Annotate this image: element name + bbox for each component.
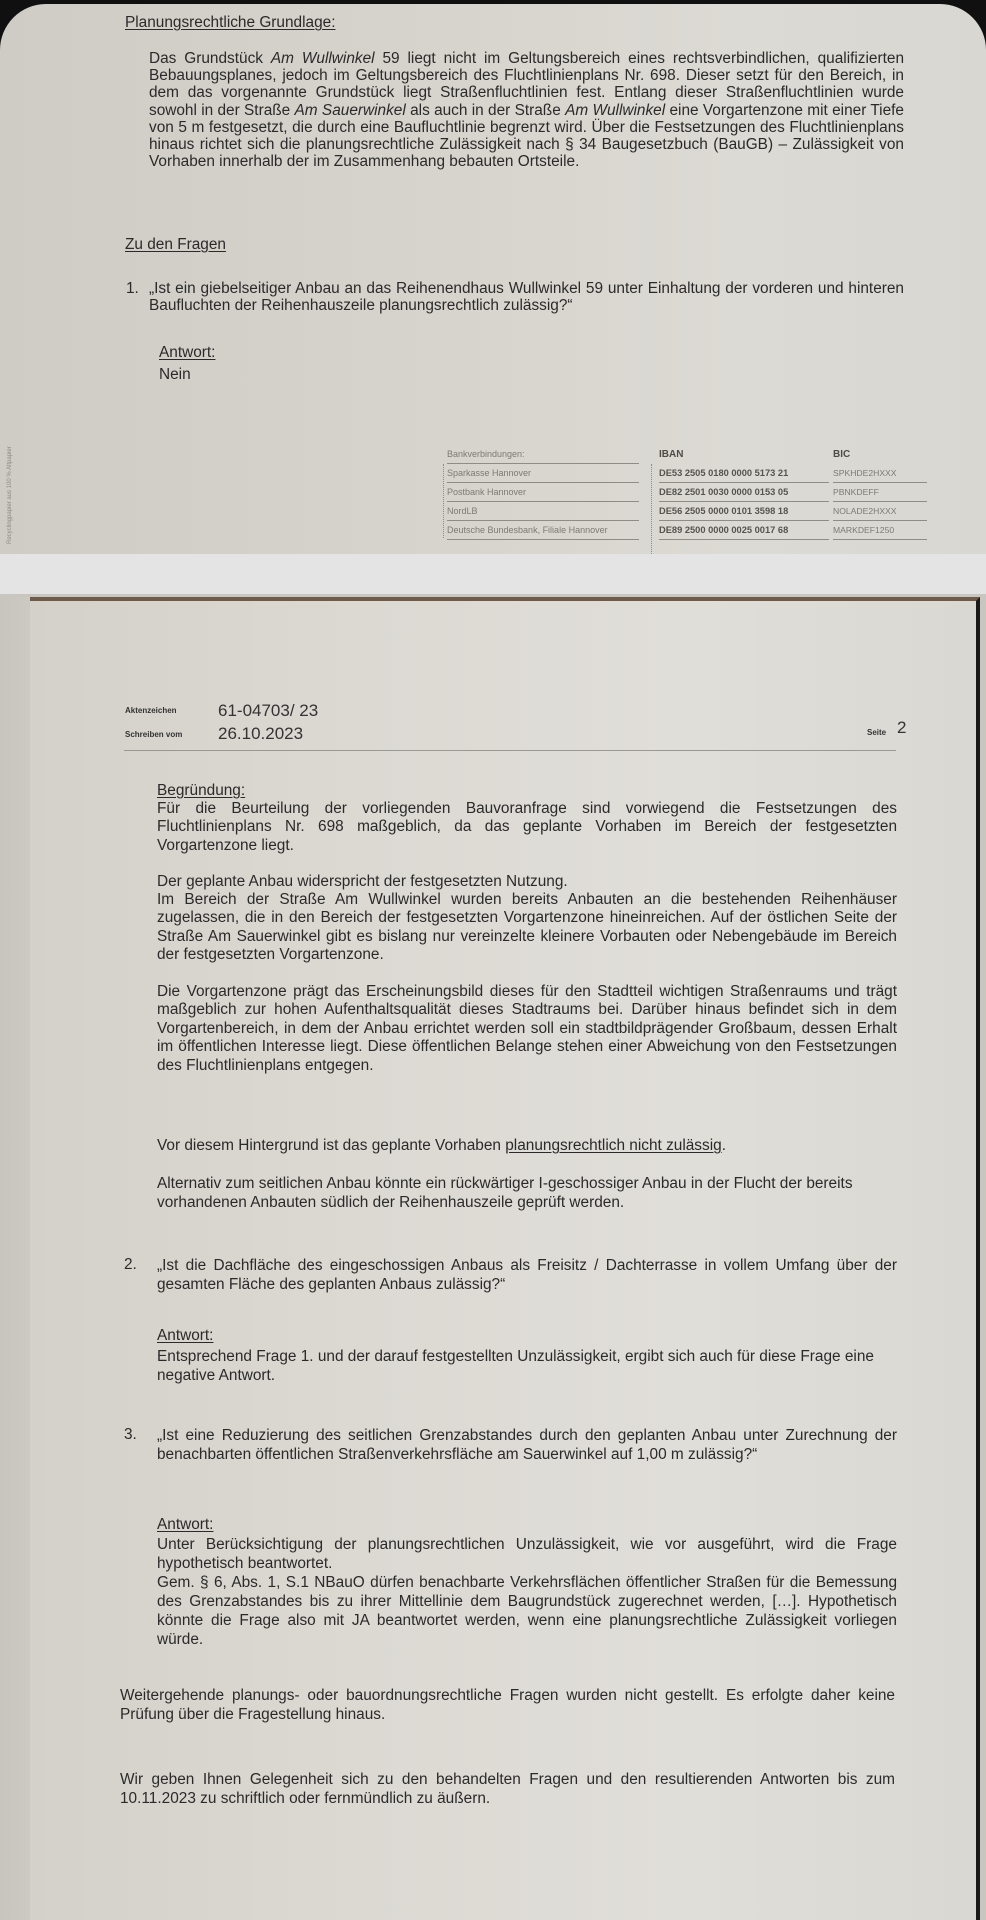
question-2-answer-label: Antwort: xyxy=(157,1327,213,1344)
basis-paragraph: Das Grundstück Am Wullwinkel 59 liegt ni… xyxy=(149,50,904,170)
question-2-number: 2. xyxy=(124,1256,137,1274)
question-3-number: 3. xyxy=(124,1426,137,1444)
reasoning-alternative: Alternativ zum seitlichen Anbau könnte e… xyxy=(157,1175,902,1213)
bank-row: Deutsche Bundesbank, Filiale Hannover DE… xyxy=(443,522,933,540)
question-1-answer-label: Antwort: xyxy=(159,344,215,361)
bank-table-divider xyxy=(651,464,652,554)
reasoning-paragraph-2: Der geplante Anbau widerspricht der fest… xyxy=(157,873,897,891)
reasoning-paragraph-3: Im Bereich der Straße Am Wullwinkel wurd… xyxy=(157,891,897,965)
page-number-label: Seite xyxy=(867,728,886,737)
question-2-answer: Entsprechend Frage 1. und der darauf fes… xyxy=(157,1347,897,1385)
questions-heading: Zu den Fragen xyxy=(125,236,226,253)
letter-date-label: Schreiben vom xyxy=(125,730,182,739)
page-number-value: 2 xyxy=(897,718,906,738)
question-3-answer-2: Gem. § 6, Abs. 1, S.1 NBauO dürfen benac… xyxy=(157,1573,897,1649)
question-1-text: „Ist ein giebelseitiger Anbau an das Rei… xyxy=(149,280,904,314)
file-number-value: 61-04703/ 23 xyxy=(218,701,318,721)
question-3-text: „Ist eine Reduzierung des seitlichen Gre… xyxy=(157,1426,897,1464)
header-rule xyxy=(124,750,896,751)
file-number-label: Aktenzeichen xyxy=(125,706,177,715)
bank-row: Postbank Hannover DE82 2501 0030 0000 01… xyxy=(443,484,933,502)
question-1-number: 1. xyxy=(126,280,139,298)
bank-row: Sparkasse Hannover DE53 2505 0180 0000 5… xyxy=(443,465,933,483)
closing-note: Weitergehende planungs- oder bauordnungs… xyxy=(120,1686,895,1724)
document-page-1: Planungsrechtliche Grundlage: Das Grunds… xyxy=(0,4,986,554)
bank-table-header: Bankverbindungen: IBAN BIC xyxy=(443,446,933,464)
recycled-paper-note: Recyclingpapier aus 100 % Altpapier xyxy=(7,394,13,544)
bank-table-divider xyxy=(443,464,444,538)
closing-deadline: Wir geben Ihnen Gelegenheit sich zu den … xyxy=(120,1770,895,1808)
page-separator xyxy=(0,554,986,594)
question-3-answer-label: Antwort: xyxy=(157,1516,213,1533)
conclusion-emphasis: planungsrechtlich nicht zulässig xyxy=(505,1137,721,1154)
reasoning-conclusion: Vor diesem Hintergrund ist das geplante … xyxy=(157,1137,897,1154)
reasoning-paragraph-4: Die Vorgartenzone prägt das Erscheinungs… xyxy=(157,983,897,1075)
question-2-text: „Ist die Dachfläche des eingeschossigen … xyxy=(157,1256,897,1294)
bank-row: NordLB DE56 2505 0000 0101 3598 18 NOLAD… xyxy=(443,503,933,521)
question-1-answer: Nein xyxy=(159,366,191,383)
reasoning-paragraph-1: Für die Beurteilung der vorliegenden Bau… xyxy=(157,800,897,855)
question-3-answer-1: Unter Berücksichtigung der planungsrecht… xyxy=(157,1535,897,1573)
section-heading-basis: Planungsrechtliche Grundlage: xyxy=(125,14,335,31)
letter-date-value: 26.10.2023 xyxy=(218,724,303,744)
reasoning-heading: Begründung: xyxy=(157,782,245,799)
